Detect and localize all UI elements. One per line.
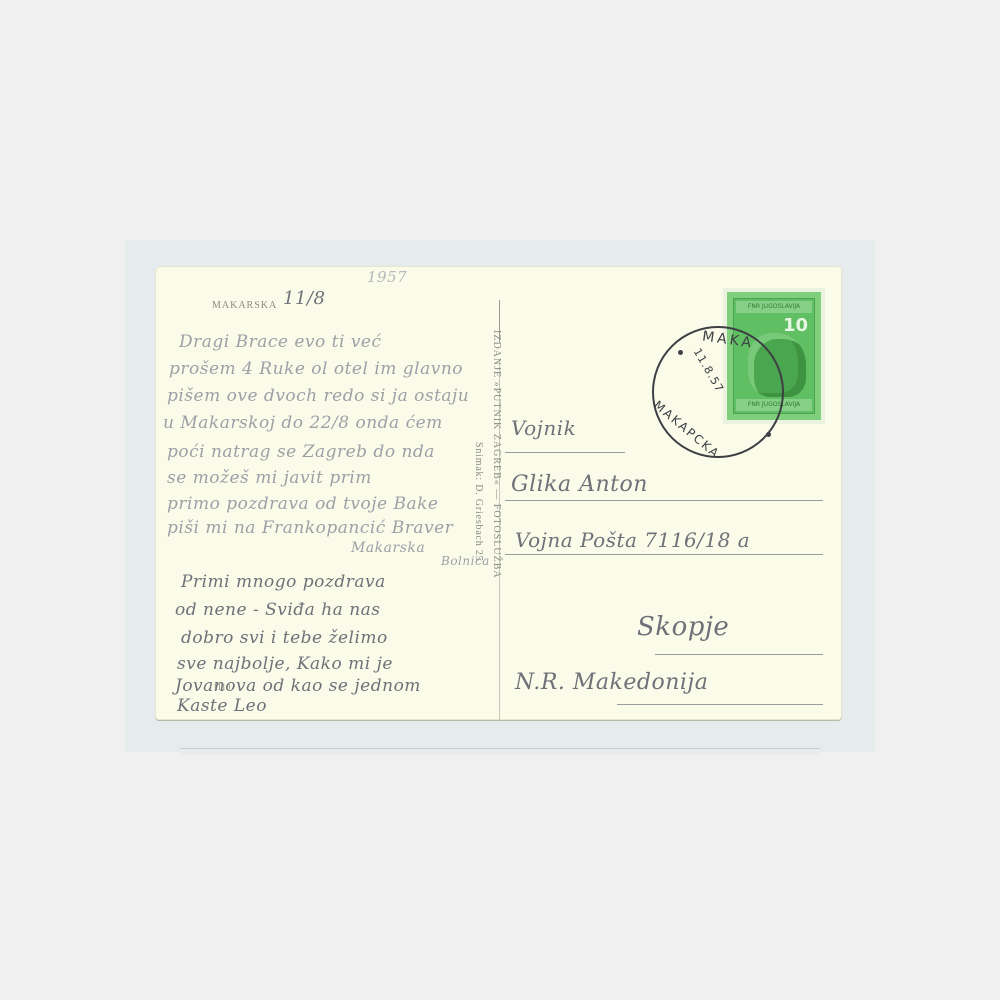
handwritten-date: 11/8 bbox=[283, 288, 325, 309]
postmark-bottom-text: MAKAPCKA bbox=[651, 398, 723, 461]
postcard-back: MAKARSKA 11/8 1957 Dragi Brace evo ti ve… bbox=[155, 266, 842, 720]
postmark-top-text: MAKA bbox=[701, 328, 755, 351]
photographer-credit: Snimak: D. Griesbach 25 bbox=[473, 442, 484, 562]
postmark-circle: MAKA 11.8.57 MAKAPCKA bbox=[652, 326, 784, 458]
postmark-date: 11.8.57 bbox=[691, 346, 727, 395]
address-city: Skopje bbox=[637, 612, 729, 642]
postmark-dot bbox=[678, 350, 683, 355]
address-rule bbox=[617, 704, 823, 705]
message-line: se možeš mi javit prim bbox=[167, 468, 372, 488]
message-line: primo pozdrava od tvoje Bake bbox=[167, 494, 438, 514]
printed-place-name: MAKARSKA bbox=[212, 300, 277, 311]
pencil-year: 1957 bbox=[367, 268, 407, 286]
message-line-2: Jovanova od kao se jednom bbox=[175, 676, 421, 696]
message-line-2: Kaste Leo bbox=[177, 696, 267, 716]
message-line-2: od nene - Sviđa ha nas bbox=[175, 600, 381, 620]
publisher-imprint: IZDANJE »PUTNIK ZAGREB« — FOTOSLUŽBA bbox=[491, 330, 502, 579]
message-line: Dragi Brace evo ti već bbox=[179, 332, 382, 352]
address-line-3: Vojna Pošta 7116/18 a bbox=[515, 528, 750, 552]
mount-bottom-edge bbox=[180, 748, 820, 755]
address-rule bbox=[505, 500, 823, 501]
postmark-dot bbox=[766, 432, 771, 437]
message-line-2: Primi mnogo pozdrava bbox=[181, 572, 386, 592]
message-line: poći natrag se Zagreb do nda bbox=[167, 442, 435, 462]
address-rule bbox=[505, 554, 823, 555]
address-line-1: Vojnik bbox=[511, 416, 576, 440]
message-line-2: dobro svi i tebe želimo bbox=[181, 628, 388, 648]
stamp-country-text: FNR JUGOSLAVIJA bbox=[736, 301, 812, 313]
message-line: piši mi na Frankopancić Braver bbox=[167, 518, 453, 538]
message-line: prošem 4 Ruke ol otel im glavno bbox=[169, 359, 463, 379]
message-line: u Makarskoj do 22/8 onda ćem bbox=[163, 413, 443, 433]
stamp-value: 10 bbox=[783, 315, 808, 336]
message-line-2: sve najbolje, Kako mi je bbox=[177, 654, 393, 674]
address-rule bbox=[655, 654, 823, 655]
address-rule bbox=[505, 452, 625, 453]
address-region: N.R. Makedonija bbox=[515, 670, 708, 695]
catalog-number: 1110 bbox=[213, 682, 230, 692]
message-line: Makarska bbox=[351, 540, 425, 556]
address-line-2: Glika Anton bbox=[511, 472, 648, 497]
message-line: pišem ove dvoch redo si ja ostaju bbox=[167, 386, 469, 406]
